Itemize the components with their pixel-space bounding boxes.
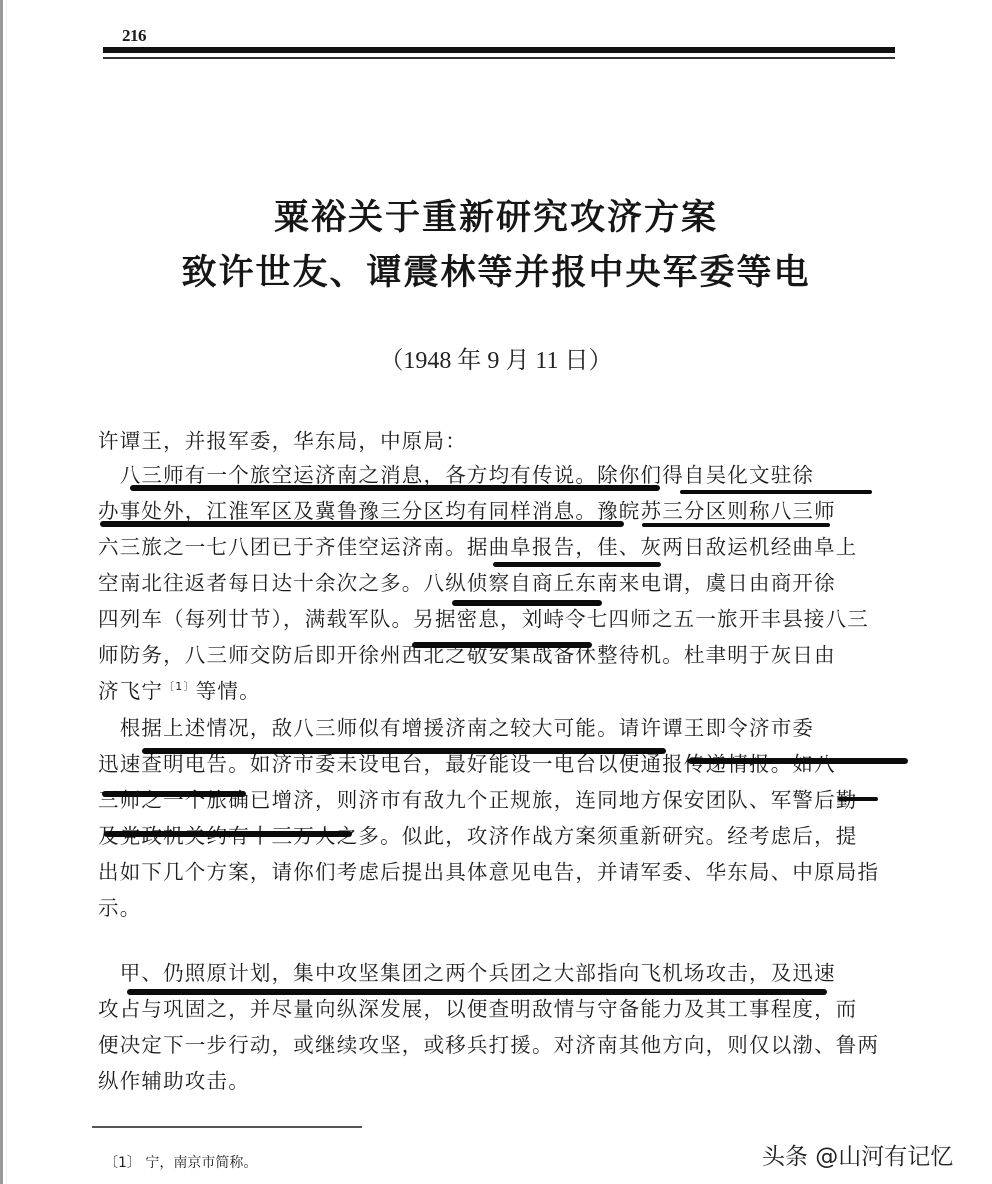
body-line: 出如下几个方案，请你们考虑后提出具体意见电告，并请军委、华东局、中原局指 [98, 855, 898, 885]
underline-mark [493, 562, 661, 567]
underline-mark [412, 642, 592, 648]
body-line: 甲、仍照原计划，集中攻坚集团之两个兵团之大部指向飞机场攻击，及迅速 [98, 956, 898, 986]
underline-mark [127, 989, 827, 995]
body-line: 许谭王，并报军委，华东局，中原局： [98, 424, 898, 454]
underline-mark [452, 600, 602, 606]
header-rule-thin [103, 57, 895, 59]
body-line: 济飞宁〔1〕等情。 [98, 674, 898, 704]
page-number: 216 [122, 26, 146, 46]
document-title-line-2: 致许世友、谭震林等并报中央军委等电 [0, 245, 992, 295]
footnote: 〔1〕 宁，南京市简称。 [104, 1152, 257, 1172]
body-line: 攻占与巩固之，并尽量向纵深发展，以便查明敌情与守备能力及其工事程度，而 [98, 992, 898, 1022]
body-line: 根据上述情况，敌八三师似有增援济南之较大可能。请许谭王即令济市委 [98, 711, 898, 741]
footnote-rule [92, 1126, 362, 1128]
body-line: 空南北往返者每日达十余次之多。八纵侦察自商丘东南来电谓，虞日由商开徐 [98, 566, 898, 596]
document-date: （1948 年 9 月 11 日） [0, 340, 992, 375]
page-edge-shadow [0, 0, 3, 1184]
underline-mark [680, 490, 872, 494]
body-line: 纵作辅助攻击。 [98, 1064, 898, 1094]
document-title-line-1: 粟裕关于重新研究攻济方案 [0, 190, 992, 240]
body-line: 三师之一个旅确已增济，则济市有敌九个正规旅，连同地方保安团队、军警后勤 [98, 783, 898, 813]
body-line: 八三师有一个旅空运济南之消息，各方均有传说。除你们得自吴化文驻徐 [98, 458, 898, 488]
underline-mark [130, 485, 660, 491]
header-rule-thick [103, 47, 895, 53]
body-line: 四列车（每列廿节），满载军队。另据密息，刘峙令七四师之五一旅开丰县接八三 [98, 602, 898, 632]
body-line-text: 济飞宁 [98, 679, 163, 703]
body-line: 示。 [98, 891, 898, 921]
underline-mark [142, 748, 666, 754]
body-line: 六三旅之一七八团已于齐佳空运济南。据曲阜报告，佳、灰两日敌运机经曲阜上 [98, 530, 898, 560]
body-line-text: 等情。 [196, 679, 261, 703]
footnote-reference[interactable]: 〔1〕 [163, 680, 196, 693]
underline-mark [100, 521, 624, 527]
underline-mark [688, 758, 908, 764]
underline-mark [102, 791, 246, 797]
body-line: 便决定下一步行动，或继续攻坚，或移兵打援。对济南其他方向，则仅以渤、鲁两 [98, 1028, 898, 1058]
underline-mark [838, 797, 878, 801]
underline-mark [104, 831, 352, 837]
watermark: 头条 @山河有记忆 [762, 1138, 953, 1171]
page-edge-line [6, 0, 7, 1184]
underline-mark [642, 523, 830, 527]
body-line: 办事处外，江淮军区及冀鲁豫三分区均有同样消息。豫皖苏三分区则称八三师 [98, 494, 898, 524]
